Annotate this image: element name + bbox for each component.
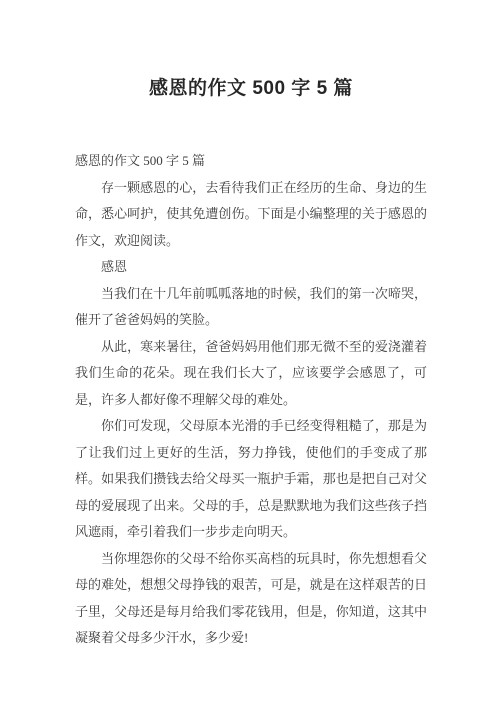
paragraph: 感恩	[75, 254, 427, 281]
paragraph: 存一颗感恩的心，去看待我们正在经历的生命、身边的生命，悉心呵护，使其免遭创伤。下…	[75, 175, 427, 255]
paragraph: 感恩的作文 500 字 5 篇	[75, 148, 427, 175]
document-title: 感恩的作文 500 字 5 篇	[75, 74, 427, 104]
paragraph: 从此，寒来暑往，爸爸妈妈用他们那无微不至的爱浇灌着我们生命的花朵。现在我们长大了…	[75, 334, 427, 414]
paragraph-list: 感恩的作文 500 字 5 篇存一颗感恩的心，去看待我们正在经历的生命、身边的生…	[75, 148, 427, 652]
document-page: 感恩的作文 500 字 5 篇 感恩的作文 500 字 5 篇存一颗感恩的心，去…	[0, 0, 500, 707]
paragraph: 你们可发现，父母原本光滑的手已经变得粗糙了，那是为了让我们过上更好的生活，努力挣…	[75, 413, 427, 546]
paragraph: 当我们在十几年前呱呱落地的时候，我们的第一次啼哭，催开了爸爸妈妈的笑脸。	[75, 281, 427, 334]
paragraph: 当你埋怨你的父母不给你买高档的玩具时，你先想想看父母的难处，想想父母挣钱的艰苦，…	[75, 546, 427, 652]
